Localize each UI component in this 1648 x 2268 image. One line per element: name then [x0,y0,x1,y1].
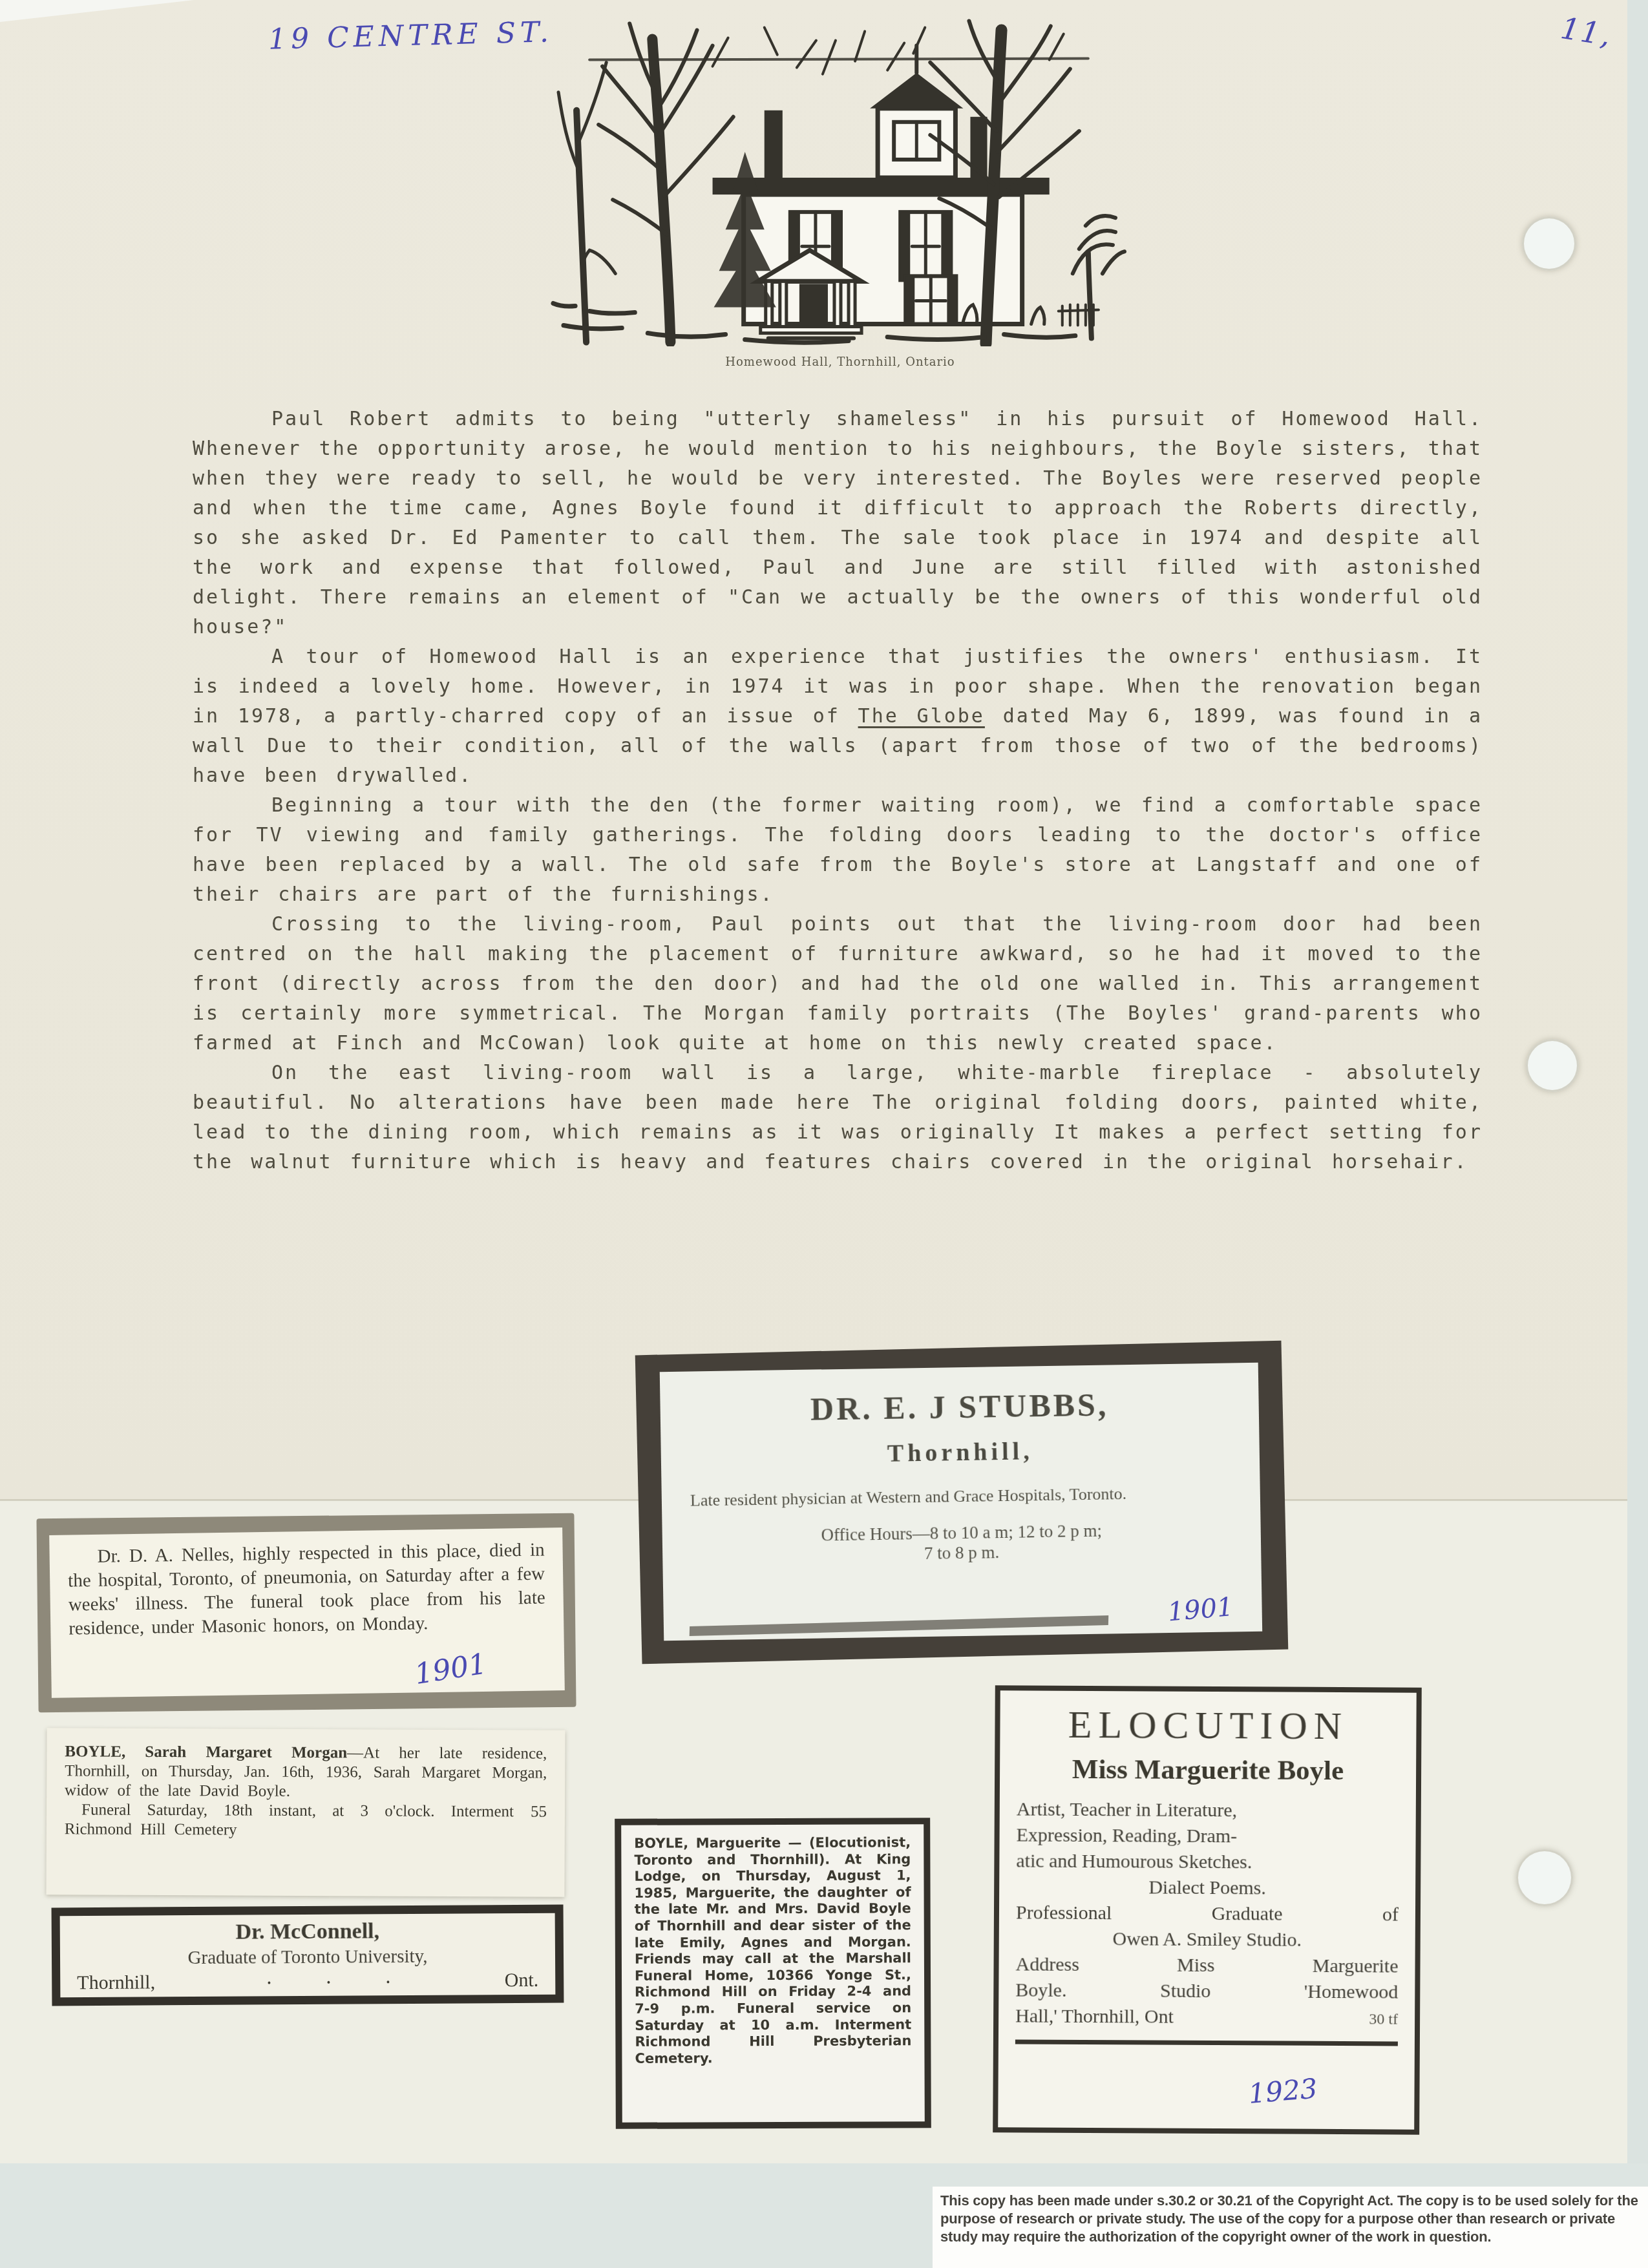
mcconnell-town: Thornhill, [77,1971,155,1994]
nelles-clipping: Dr. D. A. Nelles, highly respected in th… [49,1528,565,1698]
copyright-notice-box: This copy has been made under s.30.2 or … [933,2187,1648,2268]
print-smear [690,1615,1109,1636]
sarah-boyle-funeral-notice: 55Funeral Saturday, 18th instant, at 3 o… [65,1800,547,1841]
illustration-strokes [553,21,1125,343]
mcconnell-name: Dr. McConnell, [60,1918,555,1946]
scanner-edge-strip [1627,0,1648,2268]
sarah-boyle-obituary: BOYLE, Sarah Margaret Morgan—At her late… [65,1742,547,1802]
mcconnell-province: Ont. [505,1969,539,1991]
nelles-obituary-text: Dr. D. A. Nelles, highly respected in th… [67,1538,545,1641]
marguerite-boyle-body: (Elocutionist, Toronto and Thornhill). A… [634,1834,911,2066]
stubbs-clipping-mount: DR. E. J STUBBS, Thornhill, Late residen… [635,1341,1289,1664]
article-paragraph-2: A tour of Homewood Hall is an experience… [193,642,1483,791]
elocution-line: Dialect Poems. [1016,1874,1399,1902]
typewritten-article: Paul Robert admits to being "utterly sha… [193,404,1483,1177]
illustration-caption: Homewood Hall, Thornhill, Ontario [614,355,1066,369]
stubbs-title: DR. E. J STUBBS, [660,1383,1259,1431]
elocution-line: Boyle. Studio 'Homewood [1015,1977,1398,2005]
elocution-line: Owen A. Smiley Studio. [1016,1926,1399,1953]
marguerite-boyle-obituary-clipping: BOYLE, Marguerite — (Elocutionist, Toron… [615,1818,931,2129]
nelles-clipping-mount: Dr. D. A. Nelles, highly respected in th… [36,1513,576,1713]
hole-punch-top [1522,216,1576,271]
elocution-body: Artist, Teacher in Literature, Expressio… [1015,1796,1399,2032]
article-paragraph-4: Crossing to the living-room, Paul points… [193,910,1483,1058]
sarah-boyle-clipping: BOYLE, Sarah Margaret Morgan—At her late… [46,1728,565,1896]
elocution-bottom-rule [1015,2039,1398,2046]
marguerite-boyle-lead: BOYLE, Marguerite — [634,1835,809,1851]
elocution-line: Address Miss Marguerite [1015,1951,1398,1979]
marguerite-boyle-obituary: BOYLE, Marguerite — (Elocutionist, Toron… [634,1834,911,2067]
homewood-hall-illustration [551,1,1127,346]
elocution-ad-code: 30 tf [1369,2006,1398,2032]
canopy-twigs [713,27,1064,74]
stubbs-handwritten-year: 1901 [1167,1592,1234,1628]
sarah-boyle-lead: BOYLE, Sarah Margaret Morgan [65,1743,347,1761]
stubbs-subtitle: Thornhill, [660,1434,1260,1472]
stubbs-clipping: DR. E. J STUBBS, Thornhill, Late residen… [660,1363,1262,1641]
elocution-line: Professional Graduate of [1016,1900,1399,1927]
hole-punch-bottom [1516,1849,1573,1906]
mcconnell-credentials: Graduate of Toronto University, [60,1946,555,1970]
right-bush [1073,216,1125,339]
sarah-boyle-funeral-text: Funeral Saturday, 18th instant, at 3 o'c… [65,1801,514,1838]
elocution-line: Artist, Teacher in Literature, [1017,1796,1399,1824]
the-globe-underlined: The Globe [858,705,985,728]
article-paragraph-5: On the east living-room wall is a large,… [193,1058,1483,1177]
nelles-handwritten-year: 1901 [412,1647,489,1691]
copyright-notice-text: This copy has been made under s.30.2 or … [940,2192,1640,2246]
elocution-heading: ELOCUTION [1017,1702,1399,1748]
scanned-archive-page: { "page": { "handwritten_address": "19 C… [0,0,1648,2268]
elocution-handwritten-year: 1923 [1247,2072,1319,2110]
mcconnell-location-line: Thornhill, · · · Ont. [60,1967,555,1995]
elocution-address-line: Hall,' Thornhill, Ont 30 tf [1015,2003,1398,2032]
mcconnell-dots: · · · [266,1970,393,1993]
elocution-line: Hall,' Thornhill, Ont [1015,2003,1174,2030]
elocution-line: Expression, Reading, Dram- [1016,1822,1399,1850]
hole-punch-middle [1526,1039,1579,1092]
mcconnell-clipping: Dr. McConnell, Graduate of Toronto Unive… [52,1905,564,2006]
far-left-tree [558,63,606,342]
article-paragraph-3: Beginning a tour with the den (the forme… [193,791,1483,910]
classified-number: 55 [514,1802,547,1822]
fence [1059,304,1099,325]
elocution-subheading: Miss Marguerite Boyle [1017,1753,1399,1787]
stubbs-body: Late resident physician at Western and G… [690,1482,1232,1510]
elocution-line: atic and Humourous Sketches. [1016,1848,1399,1876]
elocution-ad-clipping: ELOCUTION Miss Marguerite Boyle Artist, … [993,1685,1422,2134]
article-paragraph-1: Paul Robert admits to being "utterly sha… [193,404,1483,642]
